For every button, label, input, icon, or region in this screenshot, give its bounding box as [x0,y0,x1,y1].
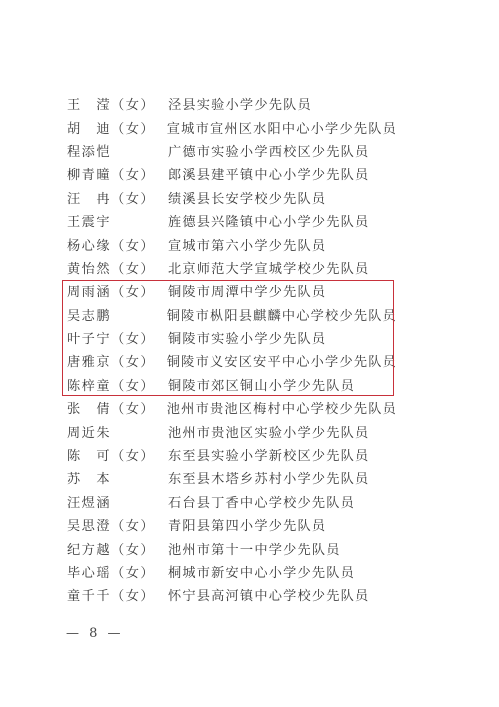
person-name: 张 倩（女） [67,398,167,417]
person-unit: 旌德县兴隆镇中心小学少先队员 [168,211,369,230]
person-name: 黄怡然（女） [67,258,168,277]
person-name: 纪方越（女） [67,539,168,558]
person-unit: 石台县丁香中心学校少先队员 [168,492,355,511]
list-item: 汪 冉（女）绩溪县长安学校少先队员 [67,186,397,209]
list-item: 陈 可（女）东至县实验小学新校区少先队员 [67,443,397,466]
person-unit: 绩溪县长安学校少先队员 [168,188,326,207]
page-number: — 8 — [66,626,124,641]
person-name: 程添恺 [67,141,168,160]
list-item: 汪煜涵石台县丁香中心学校少先队员 [67,490,397,513]
list-item: 黄怡然（女）北京师范大学宣城学校少先队员 [67,256,397,279]
list-item: 杨心缘（女）宣城市第六小学少先队员 [67,232,397,255]
highlight-box [62,280,394,396]
list-item: 王震宇旌德县兴隆镇中心小学少先队员 [67,209,397,232]
list-item: 程添恺广德市实验小学西校区少先队员 [67,139,397,162]
person-unit: 怀宁县高河镇中心学校少先队员 [168,585,369,604]
list-item: 胡 迪（女）宣城市宣州区水阳中心小学少先队员 [67,115,397,138]
person-unit: 广德市实验小学西校区少先队员 [168,141,369,160]
list-item: 苏 本东至县木塔乡苏村小学少先队员 [67,466,397,489]
person-unit: 宣城市第六小学少先队员 [168,235,326,254]
person-unit: 池州市贵池区梅村中心学校少先队员 [167,398,397,417]
list-item: 童千千（女）怀宁县高河镇中心学校少先队员 [67,583,397,606]
person-unit: 青阳县第四小学少先队员 [168,515,326,534]
list-item: 毕心瑶（女）桐城市新安中心小学少先队员 [67,560,397,583]
person-name: 周近朱 [67,422,168,441]
list-item: 王 滢（女）泾县实验小学少先队员 [67,92,397,115]
list-item: 纪方越（女）池州市第十一中学少先队员 [67,536,397,559]
person-name: 汪 冉（女） [67,188,168,207]
list-item: 柳青曈（女）郎溪县建平镇中心小学少先队员 [67,162,397,185]
person-unit: 宣城市宣州区水阳中心小学少先队员 [167,118,397,137]
person-name: 陈 可（女） [67,445,168,464]
person-name: 杨心缘（女） [67,235,168,254]
person-name: 王震宇 [67,211,168,230]
person-unit: 泾县实验小学少先队员 [168,94,312,113]
list-item: 吴思澄（女）青阳县第四小学少先队员 [67,513,397,536]
person-unit: 郎溪县建平镇中心小学少先队员 [168,164,369,183]
person-unit: 桐城市新安中心小学少先队员 [168,562,355,581]
person-name: 王 滢（女） [67,94,168,113]
list-item: 周近朱池州市贵池区实验小学少先队员 [67,419,397,442]
person-name: 柳青曈（女） [67,164,168,183]
person-unit: 东至县木塔乡苏村小学少先队员 [168,468,369,487]
person-unit: 北京师范大学宣城学校少先队员 [168,258,369,277]
person-name: 毕心瑶（女） [67,562,168,581]
person-name: 吴思澄（女） [67,515,168,534]
person-name: 汪煜涵 [67,492,168,511]
person-name: 胡 迪（女） [67,118,167,137]
person-unit: 池州市贵池区实验小学少先队员 [168,422,369,441]
person-name: 童千千（女） [67,585,168,604]
list-item: 张 倩（女）池州市贵池区梅村中心学校少先队员 [67,396,397,419]
person-unit: 东至县实验小学新校区少先队员 [168,445,369,464]
person-unit: 池州市第十一中学少先队员 [168,539,341,558]
person-name: 苏 本 [67,468,168,487]
